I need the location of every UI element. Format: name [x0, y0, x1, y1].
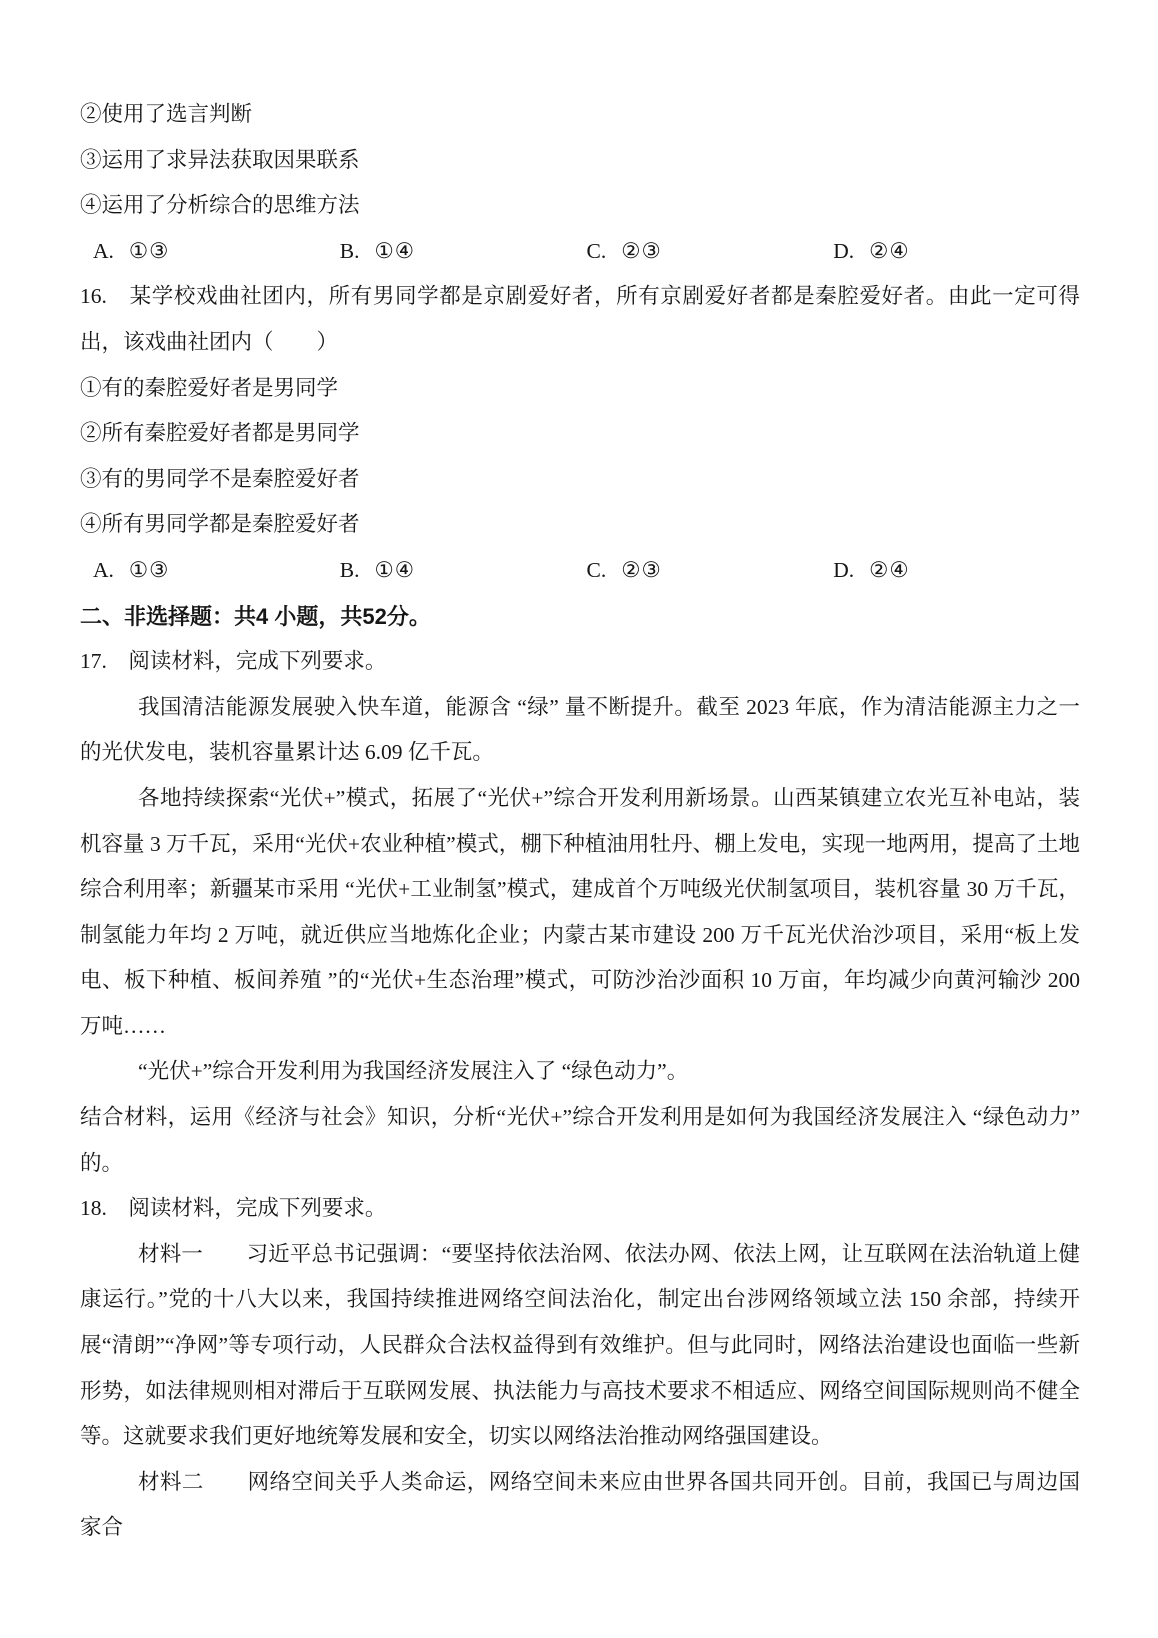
answer-label: A. — [93, 558, 114, 582]
q18-material-1: 材料一 习近平总书记强调：“要坚持依法治网、依法办网、依法上网，让互联网在法治轨… — [80, 1232, 1080, 1460]
q16-option-item-2: ②所有秦腔爱好者都是男同学 — [80, 411, 1080, 457]
q16-option-item-4: ④所有男同学都是秦腔爱好者 — [80, 502, 1080, 548]
answer-value: ①④ — [374, 558, 415, 582]
q15-option-item-2: ②使用了选言判断 — [80, 92, 1080, 138]
q15-answer-a: A.①③ — [93, 229, 340, 275]
q16-answer-d: D.②④ — [833, 548, 1080, 594]
answer-value: ②④ — [869, 239, 910, 263]
answer-value: ②④ — [869, 558, 910, 582]
q15-option-item-3: ③运用了求异法获取因果联系 — [80, 138, 1080, 184]
q17-material-paragraph-3: “光伏+”综合开发利用为我国经济发展注入了 “绿色动力”。 — [80, 1049, 1080, 1095]
q18-material-2: 材料二 网络空间关乎人类命运，网络空间未来应由世界各国共同开创。目前，我国已与周… — [80, 1460, 1080, 1551]
q17-material-paragraph-2: 各地持续探索“光伏+”模式，拓展了“光伏+”综合开发利用新场景。山西某镇建立农光… — [80, 776, 1080, 1050]
answer-label: C. — [587, 239, 607, 263]
answer-value: ①④ — [374, 239, 415, 263]
answer-value: ②③ — [621, 239, 662, 263]
q17-stem: 17. 阅读材料，完成下列要求。 — [80, 639, 1080, 685]
q15-answer-d: D.②④ — [833, 229, 1080, 275]
q17-task: 结合材料，运用《经济与社会》知识，分析“光伏+”综合开发利用是如何为我国经济发展… — [80, 1095, 1080, 1186]
exam-document-page: ②使用了选言判断 ③运用了求异法获取因果联系 ④运用了分析综合的思维方法 A.①… — [0, 0, 1158, 1638]
q18-stem: 18. 阅读材料，完成下列要求。 — [80, 1186, 1080, 1232]
q16-answer-b: B.①④ — [340, 548, 587, 594]
q16-stem: 16. 某学校戏曲社团内，所有男同学都是京剧爱好者，所有京剧爱好者都是秦腔爱好者… — [80, 274, 1080, 365]
answer-value: ②③ — [621, 558, 662, 582]
answer-label: B. — [340, 558, 360, 582]
q15-answers-row: A.①③ B.①④ C.②③ D.②④ — [80, 229, 1080, 275]
q16-answer-c: C.②③ — [587, 548, 834, 594]
q16-option-item-3: ③有的男同学不是秦腔爱好者 — [80, 457, 1080, 503]
section-2-heading: 二、非选择题：共4 小题，共52分。 — [80, 594, 1080, 640]
answer-label: C. — [587, 558, 607, 582]
answer-label: D. — [833, 558, 854, 582]
answer-label: A. — [93, 239, 114, 263]
q16-answer-a: A.①③ — [93, 548, 340, 594]
q15-option-item-4: ④运用了分析综合的思维方法 — [80, 183, 1080, 229]
q16-option-item-1: ①有的秦腔爱好者是男同学 — [80, 366, 1080, 412]
q16-answers-row: A.①③ B.①④ C.②③ D.②④ — [80, 548, 1080, 594]
q17-material-paragraph-1: 我国清洁能源发展驶入快车道，能源含 “绿” 量不断提升。截至 2023 年底，作… — [80, 685, 1080, 776]
answer-label: B. — [340, 239, 360, 263]
answer-value: ①③ — [129, 558, 170, 582]
answer-value: ①③ — [129, 239, 170, 263]
answer-label: D. — [833, 239, 854, 263]
q15-answer-b: B.①④ — [340, 229, 587, 275]
q15-answer-c: C.②③ — [587, 229, 834, 275]
